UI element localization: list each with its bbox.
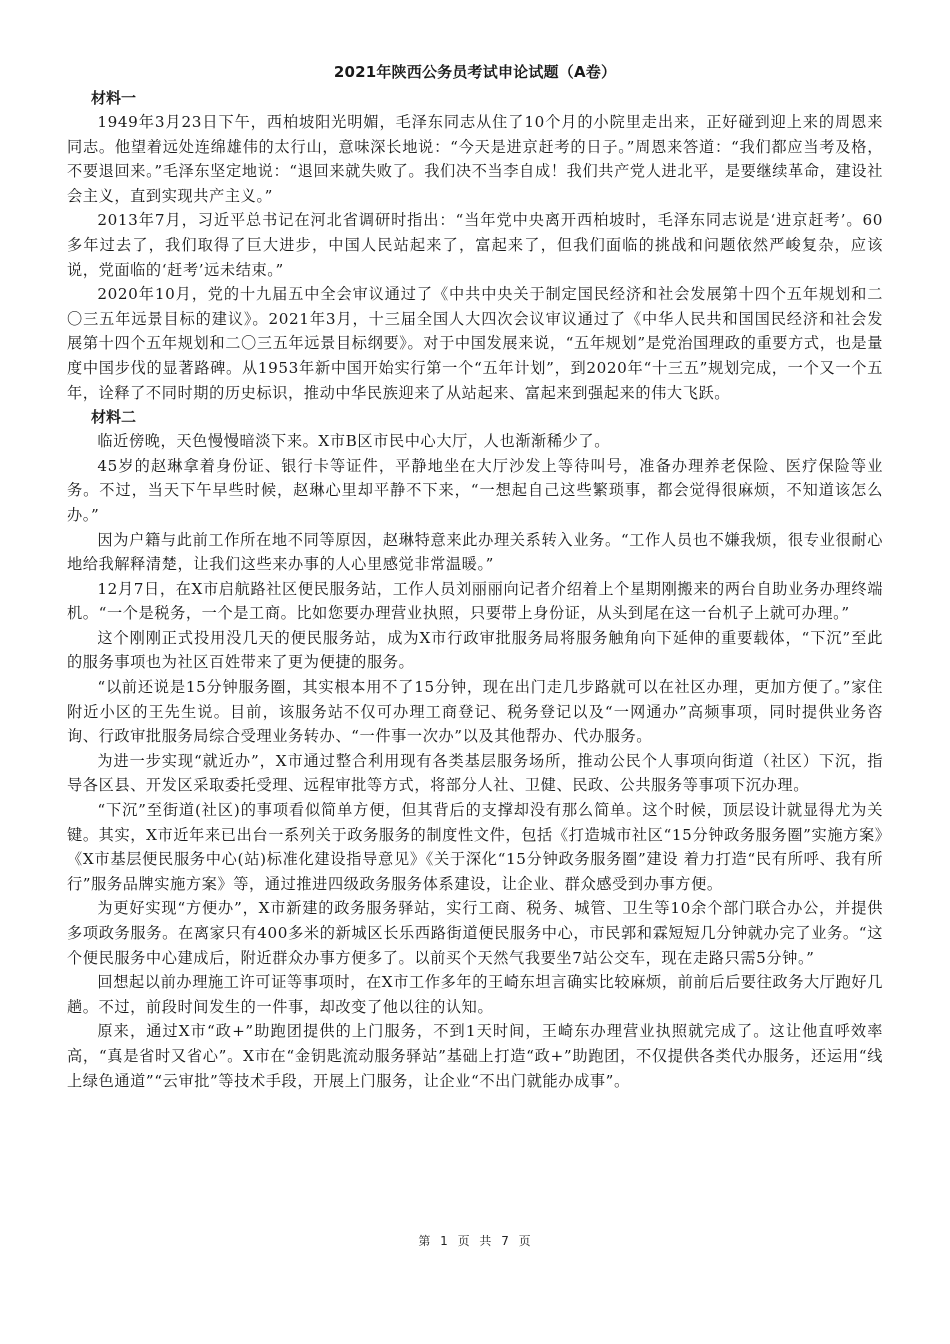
paragraph: 为更好实现“方便办”，X市新建的政务服务驿站，实行工商、税务、城管、卫生等10余… <box>67 896 883 970</box>
document-title: 2021年陕西公务员考试申论试题（A卷） <box>67 62 883 86</box>
section-heading: 材料二 <box>67 405 883 429</box>
paragraph: 因为户籍与此前工作所在地不同等原因，赵琳特意来此办理关系转入业务。“工作人员也不… <box>67 528 883 577</box>
paragraph: 1949年3月23日下午，西柏坡阳光明媚，毛泽东同志从住了10个月的小院里走出来… <box>67 110 883 208</box>
paragraph: 45岁的赵琳拿着身份证、银行卡等证件，平静地坐在大厅沙发上等待叫号，准备办理养老… <box>67 454 883 528</box>
paragraph: “以前还说是15分钟服务圈，其实根本用不了15分钟，现在出门走几步路就可以在社区… <box>67 675 883 749</box>
paragraph: 原来，通过X市“政+”助跑团提供的上门服务，不到1天时间，王崎东办理营业执照就完… <box>67 1019 883 1093</box>
paragraph: 2013年7月，习近平总书记在河北省调研时指出：“当年党中央离开西柏坡时，毛泽东… <box>67 208 883 282</box>
paragraph: “下沉”至街道(社区)的事项看似简单方便，但其背后的支撑却没有那么简单。这个时候… <box>67 798 883 896</box>
paragraph: 这个刚刚正式投用没几天的便民服务站，成为X市行政审批服务局将服务触角向下延伸的重… <box>67 626 883 675</box>
section-material-one: 材料一 1949年3月23日下午，西柏坡阳光明媚，毛泽东同志从住了10个月的小院… <box>67 86 883 405</box>
paragraph: 为进一步实现“就近办”，X市通过整合利用现有各类基层服务场所，推动公民个人事项向… <box>67 749 883 798</box>
paragraph: 回想起以前办理施工许可证等事项时，在X市工作多年的王崎东坦言确实比较麻烦，前前后… <box>67 970 883 1019</box>
document-page: 2021年陕西公务员考试申论试题（A卷） 材料一 1949年3月23日下午，西柏… <box>67 62 883 1093</box>
section-material-two: 材料二 临近傍晚，天色慢慢暗淡下来。X市B区市民中心大厅，人也渐渐稀少了。 45… <box>67 405 883 1093</box>
section-heading: 材料一 <box>67 86 883 110</box>
paragraph: 12月7日，在X市启航路社区便民服务站，工作人员刘丽丽向记者介绍着上个星期刚搬来… <box>67 577 883 626</box>
page-number-footer: 第 1 页 共 7 页 <box>0 1232 950 1249</box>
paragraph: 2020年10月，党的十九届五中全会审议通过了《中共中央关于制定国民经济和社会发… <box>67 282 883 405</box>
paragraph: 临近傍晚，天色慢慢暗淡下来。X市B区市民中心大厅，人也渐渐稀少了。 <box>67 429 883 454</box>
